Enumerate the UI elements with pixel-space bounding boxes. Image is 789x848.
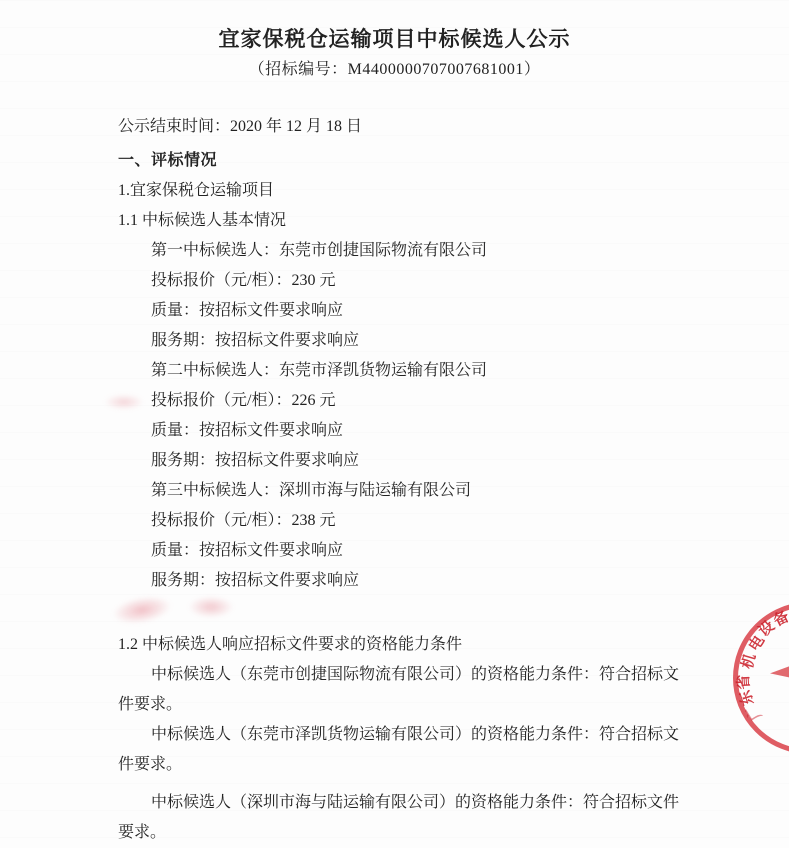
seal-char: 备 xyxy=(770,605,789,630)
candidate-price-line: 投标报价（元/柜）：238 元 xyxy=(118,506,690,536)
seal-star-icon xyxy=(769,660,789,685)
document-title: 宜家保税仓运输项目中标候选人公示 xyxy=(0,0,789,54)
candidate-block-2: 第二中标候选人：东莞市泽凯货物运输有限公司 投标报价（元/柜）：226 元 质量… xyxy=(118,356,690,476)
seal-char: 设 xyxy=(753,615,778,641)
candidate-service-line: 服务期：按招标文件要求响应 xyxy=(118,446,690,476)
section-heading: 一、评标情况 xyxy=(118,146,690,176)
candidate-service-line: 服务期：按招标文件要求响应 xyxy=(118,326,690,356)
seal-char: 广 xyxy=(740,701,766,725)
candidate-service-line: 服务期：按招标文件要求响应 xyxy=(118,566,690,596)
candidate-block-3: 第三中标候选人：深圳市海与陆运输有限公司 投标报价（元/柜）：238 元 质量：… xyxy=(118,476,690,596)
project-line: 1.宜家保税仓运输项目 xyxy=(118,176,690,206)
deadline-line: 公示结束时间：2020 年 12 月 18 日 xyxy=(118,112,690,142)
seal-char: 机 xyxy=(736,651,760,671)
seal-char: 省 xyxy=(732,674,754,690)
document-body: 公示结束时间：2020 年 12 月 18 日 一、评标情况 1.宜家保税仓运输… xyxy=(118,112,690,848)
seal-char: 电 xyxy=(743,631,769,655)
tender-number-line: （招标编号：M4400000707007681001） xyxy=(0,59,789,81)
qualification-paragraph-1: 中标候选人（东莞市创捷国际物流有限公司）的资格能力条件：符合招标文件要求。 xyxy=(118,660,690,720)
candidate-rank-line: 第三中标候选人：深圳市海与陆运输有限公司 xyxy=(118,476,690,506)
candidate-quality-line: 质量：按招标文件要求响应 xyxy=(118,296,690,326)
subheading-qualification: 1.2 中标候选人响应招标文件要求的资格能力条件 xyxy=(118,630,690,660)
candidate-rank-line: 第一中标候选人：东莞市创捷国际物流有限公司 xyxy=(118,236,690,266)
candidate-quality-line: 质量：按招标文件要求响应 xyxy=(118,536,690,566)
candidate-block-1: 第一中标候选人：东莞市创捷国际物流有限公司 投标报价（元/柜）：230 元 质量… xyxy=(118,236,690,356)
candidate-rank-line: 第二中标候选人：东莞市泽凯货物运输有限公司 xyxy=(118,356,690,386)
qualification-paragraph-2: 中标候选人（东莞市泽凯货物运输有限公司）的资格能力条件：符合招标文件要求。 xyxy=(118,720,690,780)
seal-ring xyxy=(733,602,789,754)
candidate-price-line: 投标报价（元/柜）：226 元 xyxy=(118,386,690,416)
qualification-paragraph-3: 中标候选人（深圳市海与陆运输有限公司）的资格能力条件：符合招标文件要求。 xyxy=(118,788,690,848)
candidate-quality-line: 质量：按招标文件要求响应 xyxy=(118,416,690,446)
candidate-price-line: 投标报价（元/柜）：230 元 xyxy=(118,266,690,296)
subheading-basic-info: 1.1 中标候选人基本情况 xyxy=(118,206,690,236)
seal-char: 东 xyxy=(734,688,759,709)
document-page: 宜家保税仓运输项目中标候选人公示 （招标编号：M4400000707007681… xyxy=(0,0,789,848)
